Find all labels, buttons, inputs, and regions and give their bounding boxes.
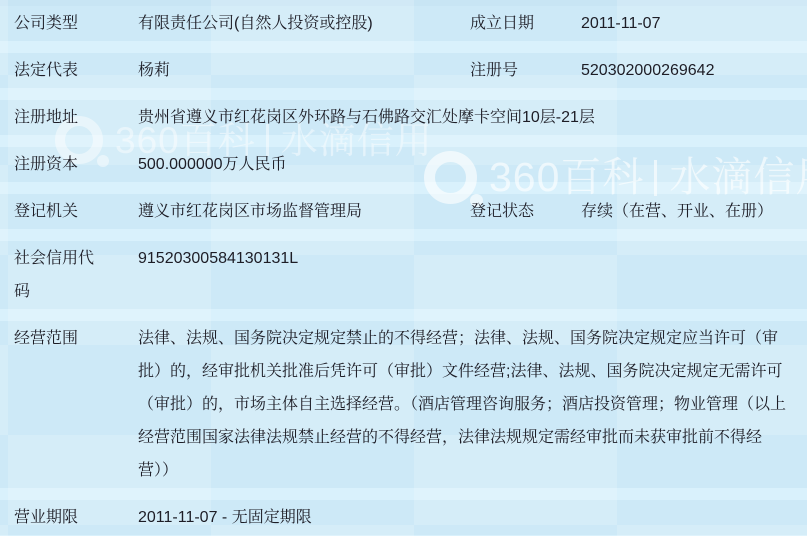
label-establish-date: 成立日期 [456, 7, 581, 40]
label-registered-address: 注册地址 [0, 101, 138, 134]
label-business-term: 营业期限 [0, 501, 138, 534]
value-company-type: 有限责任公司(自然人投资或控股) [138, 7, 456, 40]
label-registration-authority: 登记机关 [0, 195, 138, 228]
label-registration-status: 登记状态 [456, 195, 581, 228]
company-info-table: 公司类型 有限责任公司(自然人投资或控股) 成立日期 2011-11-07 法定… [0, 0, 807, 536]
value-registered-address: 贵州省遵义市红花岗区外环路与石佛路交汇处摩卡空间10层-21层 [138, 101, 807, 134]
label-company-type: 公司类型 [0, 7, 138, 40]
table-row-company-type: 公司类型 有限责任公司(自然人投资或控股) 成立日期 2011-11-07 [0, 0, 807, 41]
table-row-registered-capital: 注册资本 500.000000万人民币 [0, 147, 807, 182]
label-legal-representative: 法定代表 [0, 54, 138, 87]
table-row-social-credit-code: 社会信用代码 91520300584130131L [0, 241, 807, 309]
value-business-term: 2011-11-07 - 无固定期限 [138, 501, 807, 534]
label-business-scope: 经营范围 [0, 322, 138, 355]
value-establish-date: 2011-11-07 [581, 7, 807, 40]
table-row-business-scope: 经营范围 法律、法规、国务院决定规定禁止的不得经营；法律、法规、国务院决定规定应… [0, 321, 807, 488]
table-row-registration-authority: 登记机关 遵义市红花岗区市场监督管理局 登记状态 存续（在营、开业、在册） [0, 194, 807, 229]
table-rows: 公司类型 有限责任公司(自然人投资或控股) 成立日期 2011-11-07 法定… [0, 0, 807, 535]
table-row-legal-representative: 法定代表 杨莉 注册号 520302000269642 [0, 53, 807, 88]
value-legal-representative: 杨莉 [138, 54, 456, 87]
value-registration-number: 520302000269642 [581, 54, 807, 87]
value-registration-authority: 遵义市红花岗区市场监督管理局 [138, 195, 456, 228]
table-row-registered-address: 注册地址 贵州省遵义市红花岗区外环路与石佛路交汇处摩卡空间10层-21层 [0, 100, 807, 135]
value-business-scope: 法律、法规、国务院决定规定禁止的不得经营；法律、法规、国务院决定规定应当许可（审… [138, 322, 807, 487]
label-registered-capital: 注册资本 [0, 148, 138, 181]
value-social-credit-code: 91520300584130131L [138, 242, 807, 275]
label-registration-number: 注册号 [456, 54, 581, 87]
table-row-business-term: 营业期限 2011-11-07 - 无固定期限 [0, 500, 807, 535]
value-registration-status: 存续（在营、开业、在册） [581, 195, 807, 228]
value-registered-capital: 500.000000万人民币 [138, 148, 807, 181]
label-social-credit-code: 社会信用代码 [0, 242, 138, 308]
